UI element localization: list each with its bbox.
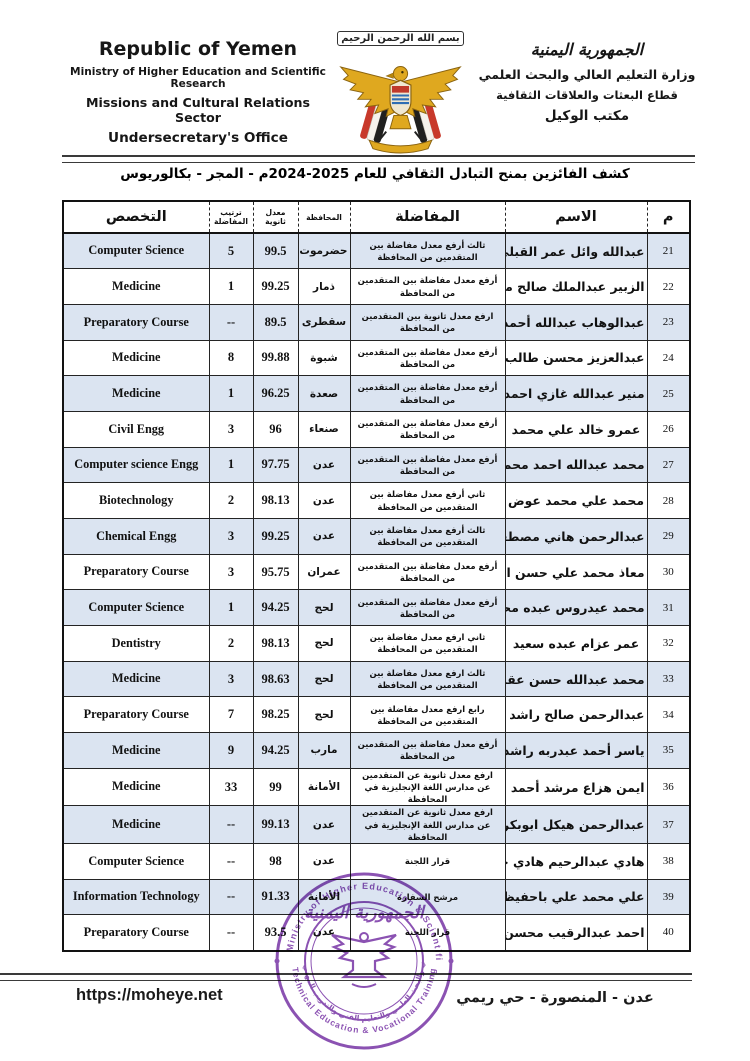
governorate: حضرموت [298,233,350,269]
selection-criteria: أرفع معدل مفاضلة بين المتقدمين من المحاف… [350,554,505,590]
table-row: 26 عمرو خالد علي محمد أرفع معدل مفاضلة ب… [63,411,690,447]
student-name: ياسر أحمد عبدربه راشد العجي [505,733,647,769]
specialization: Computer science Engg [63,447,209,483]
governorate: عدن [298,447,350,483]
selection-criteria: أرفع معدل مفاضلة بين المتقدمين من المحاف… [350,269,505,305]
table-row: 21 عبدالله وائل عمر القبلي ثالث أرفع معد… [63,233,690,269]
row-number: 35 [647,733,690,769]
specialization: Computer Science [63,233,209,269]
governorate: عدن [298,806,350,844]
high-school-average: 98.25 [253,697,298,733]
ministry-title-en: Ministry of Higher Education and Scienti… [62,66,334,90]
col-header-no: م [647,201,690,233]
col-header-specialization: التخصص [63,201,209,233]
high-school-average: 94.25 [253,590,298,626]
selection-criteria: ثاني ارفع معدل مفاضلة بين المتقدمين من ا… [350,626,505,662]
ranking: 1 [209,269,253,305]
governorate: صعدة [298,376,350,412]
ranking: 1 [209,590,253,626]
student-name: محمد عيدروس عبده محمد [505,590,647,626]
document-page: Republic of Yemen Ministry of Higher Edu… [0,0,750,1061]
row-number: 33 [647,661,690,697]
table-header-row: م الاسم المفاضلة المحافظة معدل ثانوية تر… [63,201,690,233]
ranking: 5 [209,233,253,269]
col-header-rank: ترتيب المفاضلة [209,201,253,233]
ranking: 8 [209,340,253,376]
high-school-average: 99.13 [253,806,298,844]
ranking: -- [209,915,253,951]
col-header-name: الاسم [505,201,647,233]
student-name: احمد عبدالرقيب محسن احمد [505,915,647,951]
high-school-average: 98.13 [253,483,298,519]
governorate: الأمانة [298,768,350,806]
student-name: محمد عبدالله احمد محمد [505,447,647,483]
ranking: 2 [209,483,253,519]
selection-criteria: ثالث ارفع معدل مفاضلة بين المتقدمين من ا… [350,661,505,697]
specialization: Computer Science [63,590,209,626]
website-url: https://moheye.net [76,986,223,1005]
high-school-average: 99.25 [253,519,298,555]
student-name: عبدالرحمن صالح راشد علي [505,697,647,733]
table-row: 22 الزبير عبدالملك صالح محمد أرفع معدل م… [63,269,690,305]
header-arabic: الجمهورية اليمنية وزارة التعليم العالي و… [478,40,696,124]
ranking: 33 [209,768,253,806]
table-row: 33 محمد عبدالله حسن عقيل ثالث ارفع معدل … [63,661,690,697]
specialization: Computer Science [63,843,209,879]
ranking: -- [209,806,253,844]
specialization: Preparatory Course [63,304,209,340]
row-number: 23 [647,304,690,340]
high-school-average: 99.88 [253,340,298,376]
table-body: 21 عبدالله وائل عمر القبلي ثالث أرفع معد… [63,233,690,951]
country-title-ar: الجمهورية اليمنية [478,40,696,59]
table-row: 27 محمد عبدالله احمد محمد أرفع معدل مفاض… [63,447,690,483]
specialization: Chemical Engg [63,519,209,555]
ranking: 3 [209,554,253,590]
selection-criteria: ثالث أرفع معدل مفاضلة بين المتقدمين من ا… [350,233,505,269]
row-number: 30 [647,554,690,590]
table-row: 23 عبدالوهاب عبدالله أحمد خميس ارفع معدل… [63,304,690,340]
ranking: 3 [209,661,253,697]
selection-criteria: ارفع معدل ثانوية عن المتقدمين عن مدارس ا… [350,806,505,844]
specialization: Medicine [63,340,209,376]
row-number: 27 [647,447,690,483]
high-school-average: 96 [253,411,298,447]
row-number: 40 [647,915,690,951]
ranking: -- [209,304,253,340]
specialization: Civil Engg [63,411,209,447]
ranking: 3 [209,411,253,447]
ranking: -- [209,879,253,915]
student-name: عبدالله وائل عمر القبلي [505,233,647,269]
selection-criteria: أرفع معدل مفاضلة بين المتقدمين من المحاف… [350,447,505,483]
office-title-en: Undersecretary's Office [62,130,334,146]
high-school-average: 99 [253,768,298,806]
yemen-coat-of-arms-icon [328,48,473,162]
sector-title-en: Missions and Cultural Relations Sector [62,95,334,125]
row-number: 31 [647,590,690,626]
specialization: Preparatory Course [63,554,209,590]
header-english: Republic of Yemen Ministry of Higher Edu… [62,38,334,146]
governorate: لحج [298,661,350,697]
selection-criteria: أرفع معدل مفاضلة بين المتقدمين من المحاف… [350,376,505,412]
row-number: 36 [647,768,690,806]
table-row: 28 محمد علي محمد عوض ثاني أرفع معدل مفاض… [63,483,690,519]
governorate: شبوة [298,340,350,376]
ranking: 7 [209,697,253,733]
governorate: عدن [298,483,350,519]
table-row: 25 منير عبدالله غازي احمد أرفع معدل مفاض… [63,376,690,412]
selection-criteria: رابع ارفع معدل مفاضلة بين المتقدمين من ا… [350,697,505,733]
table-row: 32 عمر عزام عبده سعيد ثاني ارفع معدل مفا… [63,626,690,662]
stamp-banner-text: الجمهورية اليمنية [304,903,426,923]
bismillah-calligraphy: بسم الله الرحمن الرحيم [337,31,463,46]
ranking: -- [209,843,253,879]
table-row: 34 عبدالرحمن صالح راشد علي رابع ارفع معد… [63,697,690,733]
high-school-average: 99.25 [253,269,298,305]
governorate: عدن [298,519,350,555]
governorate: لحج [298,626,350,662]
student-name: هادي عبدالرحيم هادي حسن [505,843,647,879]
governorate: لحج [298,590,350,626]
student-name: منير عبدالله غازي احمد [505,376,647,412]
governorate: عمران [298,554,350,590]
specialization: Medicine [63,768,209,806]
governorate: سقطرى [298,304,350,340]
ranking: 2 [209,626,253,662]
selection-criteria: أرفع معدل مفاضلة بين المتقدمين من المحاف… [350,411,505,447]
row-number: 25 [647,376,690,412]
high-school-average: 99.5 [253,233,298,269]
selection-criteria: أرفع معدل مفاضلة بين المتقدمين من المحاف… [350,340,505,376]
specialization: Information Technology [63,879,209,915]
governorate: ذمار [298,269,350,305]
ranking: 1 [209,376,253,412]
winners-table: م الاسم المفاضلة المحافظة معدل ثانوية تر… [62,200,691,952]
col-header-criteria: المفاضلة [350,201,505,233]
student-name: عبدالرحمن هاني مصطفى عبداللطيف [505,519,647,555]
student-name: عبدالعزيز محسن طالب [505,340,647,376]
selection-criteria: ثاني أرفع معدل مفاضلة بين المتقدمين من ا… [350,483,505,519]
office-title-ar: مكتب الوكيل [478,108,696,124]
specialization: Preparatory Course [63,697,209,733]
student-name: معاذ محمد علي حسن الحيطي [505,554,647,590]
table-row: 37 عبدالرحمن هيكل ابوبكر باسباع ارفع معد… [63,806,690,844]
header-emblem-block: بسم الله الرحمن الرحيم [328,26,473,166]
high-school-average: 95.75 [253,554,298,590]
selection-criteria: ارفع معدل ثانوية عن المتقدمين عن مدارس ا… [350,768,505,806]
table-row: 30 معاذ محمد علي حسن الحيطي أرفع معدل مف… [63,554,690,590]
ranking: 3 [209,519,253,555]
governorate: صنعاء [298,411,350,447]
high-school-average: 94.25 [253,733,298,769]
col-header-gpa: معدل ثانوية [253,201,298,233]
student-name: ايمن هزاع مرشد أحمد شرف [505,768,647,806]
student-name: عمر عزام عبده سعيد [505,626,647,662]
stamp-eagle-icon [332,933,396,987]
governorate: لحج [298,697,350,733]
high-school-average: 96.25 [253,376,298,412]
specialization: Medicine [63,733,209,769]
ranking: 9 [209,733,253,769]
student-name: عبدالوهاب عبدالله أحمد خميس [505,304,647,340]
table-row: 29 عبدالرحمن هاني مصطفى عبداللطيف ثالث أ… [63,519,690,555]
specialization: Biotechnology [63,483,209,519]
table-row: 31 محمد عيدروس عبده محمد أرفع معدل مفاضل… [63,590,690,626]
selection-criteria: ثالث أرفع معدل مفاضلة بين المتقدمين من ا… [350,519,505,555]
governorate: مارب [298,733,350,769]
high-school-average: 97.75 [253,447,298,483]
specialization: Medicine [63,269,209,305]
specialization: Medicine [63,376,209,412]
row-number: 38 [647,843,690,879]
row-number: 24 [647,340,690,376]
student-name: عبدالرحمن هيكل ابوبكر باسباع [505,806,647,844]
row-number: 26 [647,411,690,447]
student-name: محمد علي محمد عوض [505,483,647,519]
row-number: 22 [647,269,690,305]
student-name: محمد عبدالله حسن عقيل [505,661,647,697]
ministry-title-ar: وزارة التعليم العالي والبحث العلمي [478,67,696,82]
student-name: الزبير عبدالملك صالح محمد [505,269,647,305]
table-row: 35 ياسر أحمد عبدربه راشد العجي أرفع معدل… [63,733,690,769]
row-number: 39 [647,879,690,915]
row-number: 28 [647,483,690,519]
specialization: Medicine [63,661,209,697]
document-title: كشف الفائزين بمنح التبادل الثقافي للعام … [0,166,750,182]
table-row: 24 عبدالعزيز محسن طالب أرفع معدل مفاضلة … [63,340,690,376]
row-number: 32 [647,626,690,662]
selection-criteria: أرفع معدل مفاضلة بين المتقدمين من المحاف… [350,590,505,626]
row-number: 29 [647,519,690,555]
col-header-governorate: المحافظة [298,201,350,233]
specialization: Preparatory Course [63,915,209,951]
selection-criteria: ارفع معدل ثانوية بين المتقدمين من المحاف… [350,304,505,340]
selection-criteria: أرفع معدل مفاضلة بين المتقدمين من المحاف… [350,733,505,769]
specialization: Medicine [63,806,209,844]
country-title-en: Republic of Yemen [62,38,334,60]
table-row: 36 ايمن هزاع مرشد أحمد شرف ارفع معدل ثان… [63,768,690,806]
sector-title-ar: قطاع البعثات والعلاقات الثقافية [478,88,696,102]
row-number: 21 [647,233,690,269]
row-number: 37 [647,806,690,844]
specialization: Dentistry [63,626,209,662]
ministry-stamp: Ministry of Higher Education & Scientifi… [252,866,476,1058]
high-school-average: 89.5 [253,304,298,340]
high-school-average: 98.13 [253,626,298,662]
ranking: 1 [209,447,253,483]
header-divider [62,155,695,163]
high-school-average: 98.63 [253,661,298,697]
row-number: 34 [647,697,690,733]
student-name: علي محمد علي باحفيظ [505,879,647,915]
student-name: عمرو خالد علي محمد [505,411,647,447]
